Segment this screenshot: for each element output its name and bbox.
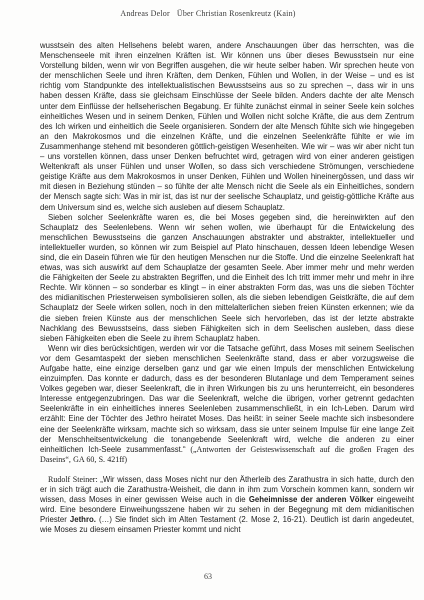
header-author: Andreas Delor <box>120 9 169 18</box>
document-page: Andreas DelorÜber Christian Rosenkreutz … <box>0 0 424 600</box>
paragraph-text: Sieben solcher Seelenkräfte waren es, di… <box>40 213 414 343</box>
quote-text: (…) Sie findet sich im Alten Testament (… <box>40 515 414 534</box>
header-title: Über Christian Rosenkreutz (Kain) <box>177 9 296 18</box>
page-number: 63 <box>204 572 212 581</box>
paragraph-continuation: wusstsein des alten Hellsehens belebt wa… <box>40 41 414 213</box>
paragraph-moses-task: Wenn wir dies berücksichtigen, werden wi… <box>40 344 414 465</box>
text-body: wusstsein des alten Hellsehens belebt wa… <box>40 41 414 536</box>
quote-text-bold-jethro: Jethro. <box>70 515 96 524</box>
paragraph-rudolf-steiner-quote: Rudolf Steiner: „Wir wissen, dass Moses … <box>40 475 414 536</box>
paragraph-text: wusstsein des alten Hellsehens belebt wa… <box>40 41 414 212</box>
quote-text-bold: Geheimnisse der anderen Völker <box>249 495 374 504</box>
paragraph-text: Wenn wir dies berücksichtigen, werden wi… <box>40 344 414 454</box>
page-footer: 63 <box>0 572 416 581</box>
page-header: Andreas DelorÜber Christian Rosenkreutz … <box>0 9 416 18</box>
quote-attribution: Rudolf Steiner: <box>48 475 100 484</box>
paragraph-seven-soul-forces: Sieben solcher Seelenkräfte waren es, di… <box>40 213 414 344</box>
